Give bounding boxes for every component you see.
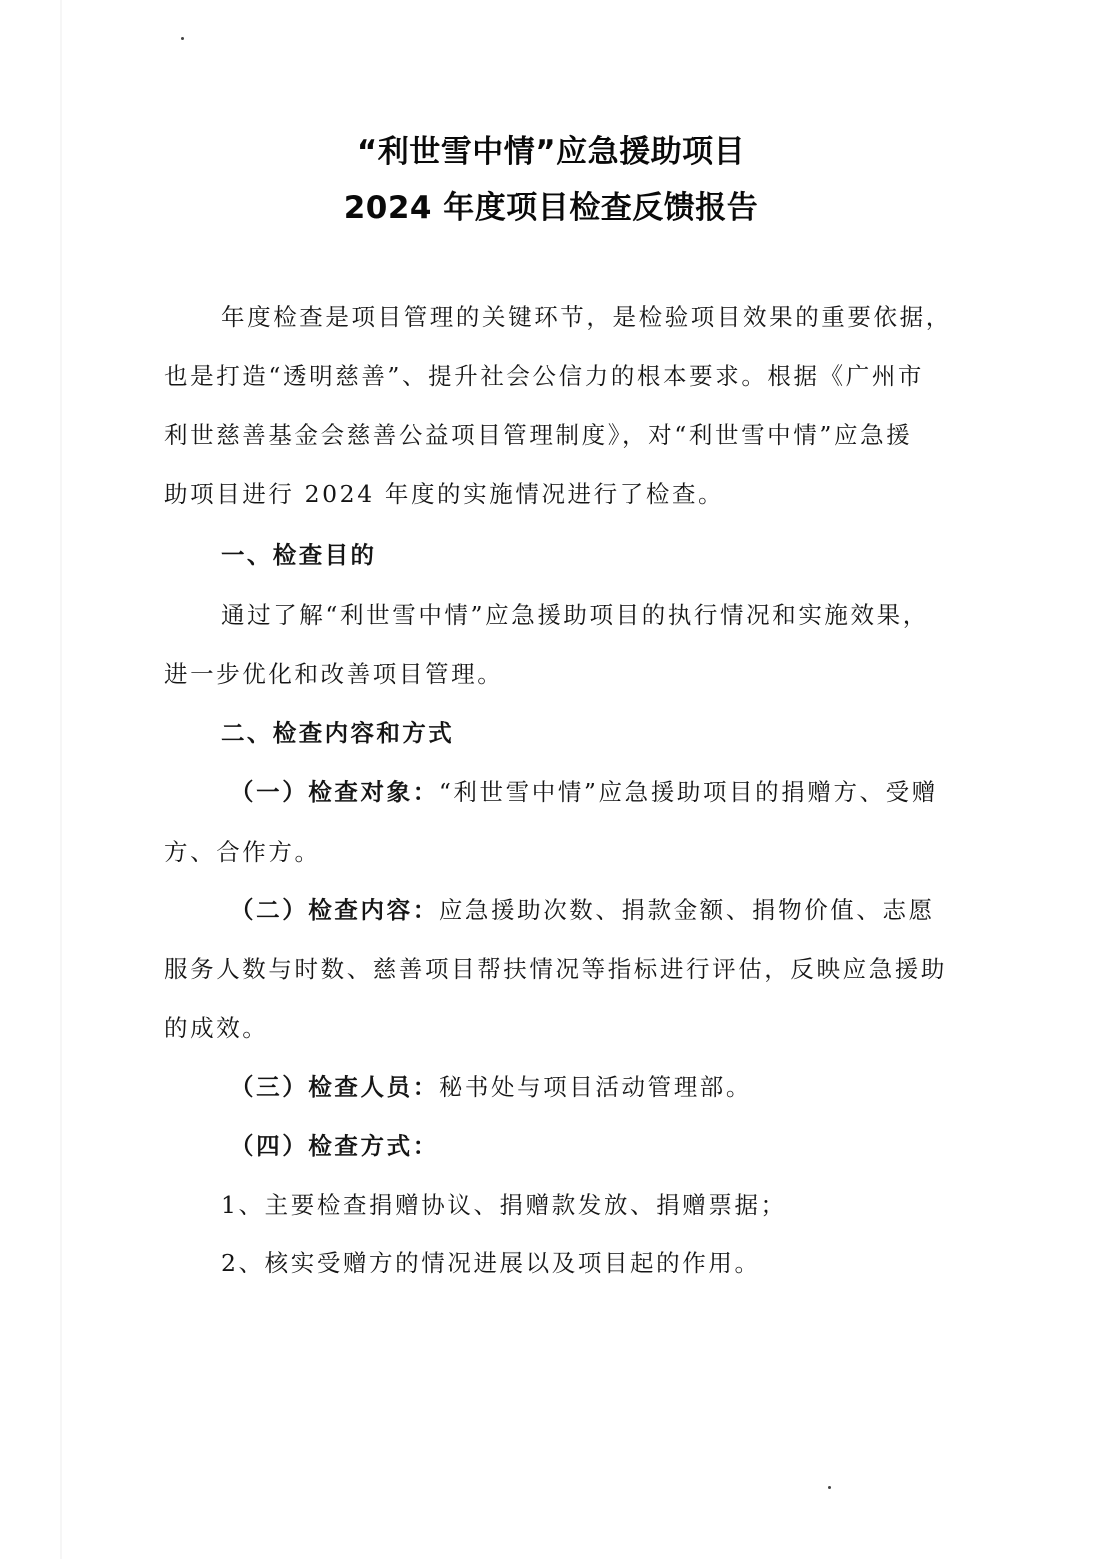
item-label: （三）检查人员：: [230, 1073, 439, 1101]
section2-item-methods: （四）检查方式：: [230, 1131, 439, 1161]
item-label: （二）检查内容：: [230, 896, 439, 924]
scan-speck: [828, 1486, 831, 1489]
item-text-cont: 方、合作方。: [164, 837, 321, 867]
section1-heading: 一、检查目的: [221, 540, 376, 570]
item-text-cont: 的成效。: [164, 1013, 268, 1043]
scan-speck: [181, 37, 184, 40]
item-text: “利世雪中情”应急援助项目的捐赠方、受赠: [439, 778, 938, 806]
document-title-line2: 2024 年度项目检查反馈报告: [0, 182, 1102, 227]
intro-line: 也是打造“透明慈善”、提升社会公信力的根本要求。根据《广州市: [164, 361, 924, 391]
section2-item-objects: （一）检查对象：“利世雪中情”应急援助项目的捐赠方、受赠: [230, 777, 938, 807]
item-text: 应急援助次数、捐款金额、捐物价值、志愿: [439, 896, 935, 924]
document-title-line1: “利世雪中情”应急援助项目: [0, 126, 1102, 171]
method-item: 1、主要检查捐赠协议、捐赠款发放、捐赠票据；: [221, 1190, 787, 1220]
method-item: 2、核实受赠方的情况进展以及项目起的作用。: [221, 1248, 761, 1278]
section2-heading: 二、检查内容和方式: [221, 718, 454, 748]
section1-line: 通过了解“利世雪中情”应急援助项目的执行情况和实施效果，: [221, 600, 929, 630]
item-label: （一）检查对象：: [230, 778, 439, 806]
scan-edge-shade: [60, 0, 62, 1559]
intro-line: 利世慈善基金会慈善公益项目管理制度》，对“利世雪中情”应急援: [164, 420, 912, 450]
item-label: （四）检查方式：: [230, 1132, 439, 1160]
section1-line: 进一步优化和改善项目管理。: [164, 659, 503, 689]
intro-line: 助项目进行 2024 年度的实施情况进行了检查。: [164, 479, 724, 509]
item-text: 秘书处与项目活动管理部。: [439, 1073, 752, 1101]
item-text-cont: 服务人数与时数、慈善项目帮扶情况等指标进行评估，反映应急援助: [164, 954, 947, 984]
document-page: “利世雪中情”应急援助项目 2024 年度项目检查反馈报告 年度检查是项目管理的…: [0, 0, 1102, 1559]
section2-item-personnel: （三）检查人员：秘书处与项目活动管理部。: [230, 1072, 752, 1102]
intro-line: 年度检查是项目管理的关键环节，是检验项目效果的重要依据，: [221, 302, 952, 332]
section2-item-content: （二）检查内容：应急援助次数、捐款金额、捐物价值、志愿: [230, 895, 935, 925]
